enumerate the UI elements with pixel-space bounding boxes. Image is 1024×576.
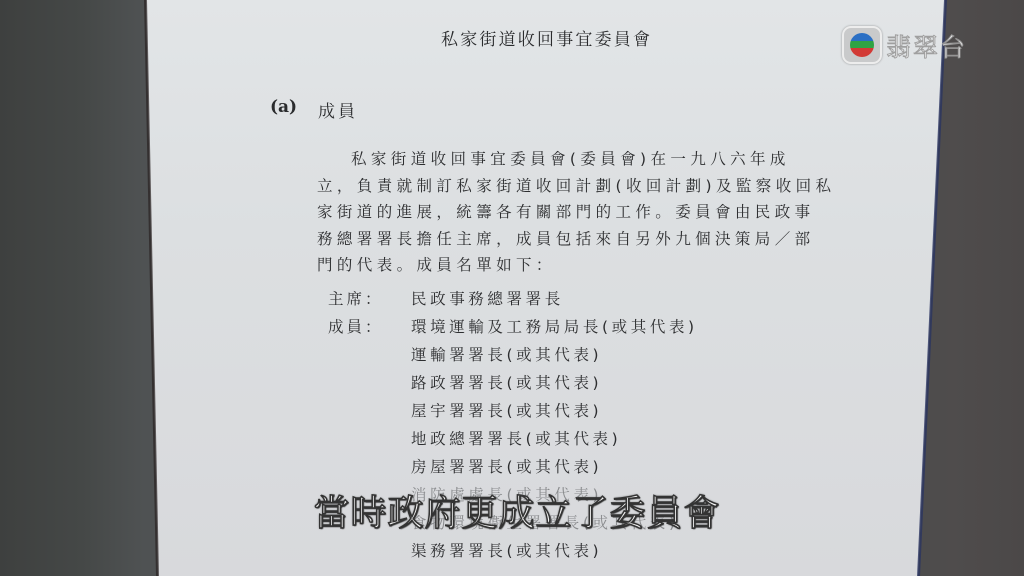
member-name: 房屋署署長(或其代表) xyxy=(411,455,602,477)
video-subtitle: 當時政府更成立了委員會 xyxy=(0,485,1024,536)
paragraph-line: 立，負責就制訂私家街道收回計劃(收回計劃)及監察收回私 xyxy=(317,173,837,200)
member-name: 地政總署署長(或其代表) xyxy=(411,427,621,449)
member-name: 屋宇署署長(或其代表) xyxy=(411,399,602,421)
member-name: 路政署署長(或其代表) xyxy=(411,371,602,393)
paragraph-line: 私家街道收回事宜委員會(委員會)在一九八六年成 xyxy=(317,146,837,173)
chair-role-label: 主席： xyxy=(328,287,384,309)
section-title: 成員 xyxy=(318,97,358,122)
channel-name: 翡翠台 xyxy=(886,28,967,64)
member-name: 環境運輸及工務局局長(或其代表) xyxy=(411,315,698,337)
channel-logo: 翡翠台 xyxy=(842,26,976,62)
tvb-logo-icon xyxy=(842,26,882,64)
striped-globe-icon xyxy=(850,33,874,57)
section-label: (a) xyxy=(270,97,297,117)
paragraph-line: 門的代表。成員名單如下： xyxy=(317,252,837,279)
members-role-label: 成員： xyxy=(328,315,384,337)
paragraph-line: 家街道的進展，統籌各有關部門的工作。委員會由民政事 xyxy=(317,199,837,226)
chair-name: 民政事務總署署長 xyxy=(411,287,564,309)
member-name: 運輸署署長(或其代表) xyxy=(411,343,602,365)
member-name: 渠務署署長(或其代表) xyxy=(411,539,602,561)
description-paragraph: 私家街道收回事宜委員會(委員會)在一九八六年成 立，負責就制訂私家街道收回計劃(… xyxy=(317,146,837,279)
paragraph-line: 務總署署長擔任主席，成員包括來自另外九個決策局／部 xyxy=(317,226,837,253)
document-title: 私家街道收回事宜委員會 xyxy=(441,25,652,50)
